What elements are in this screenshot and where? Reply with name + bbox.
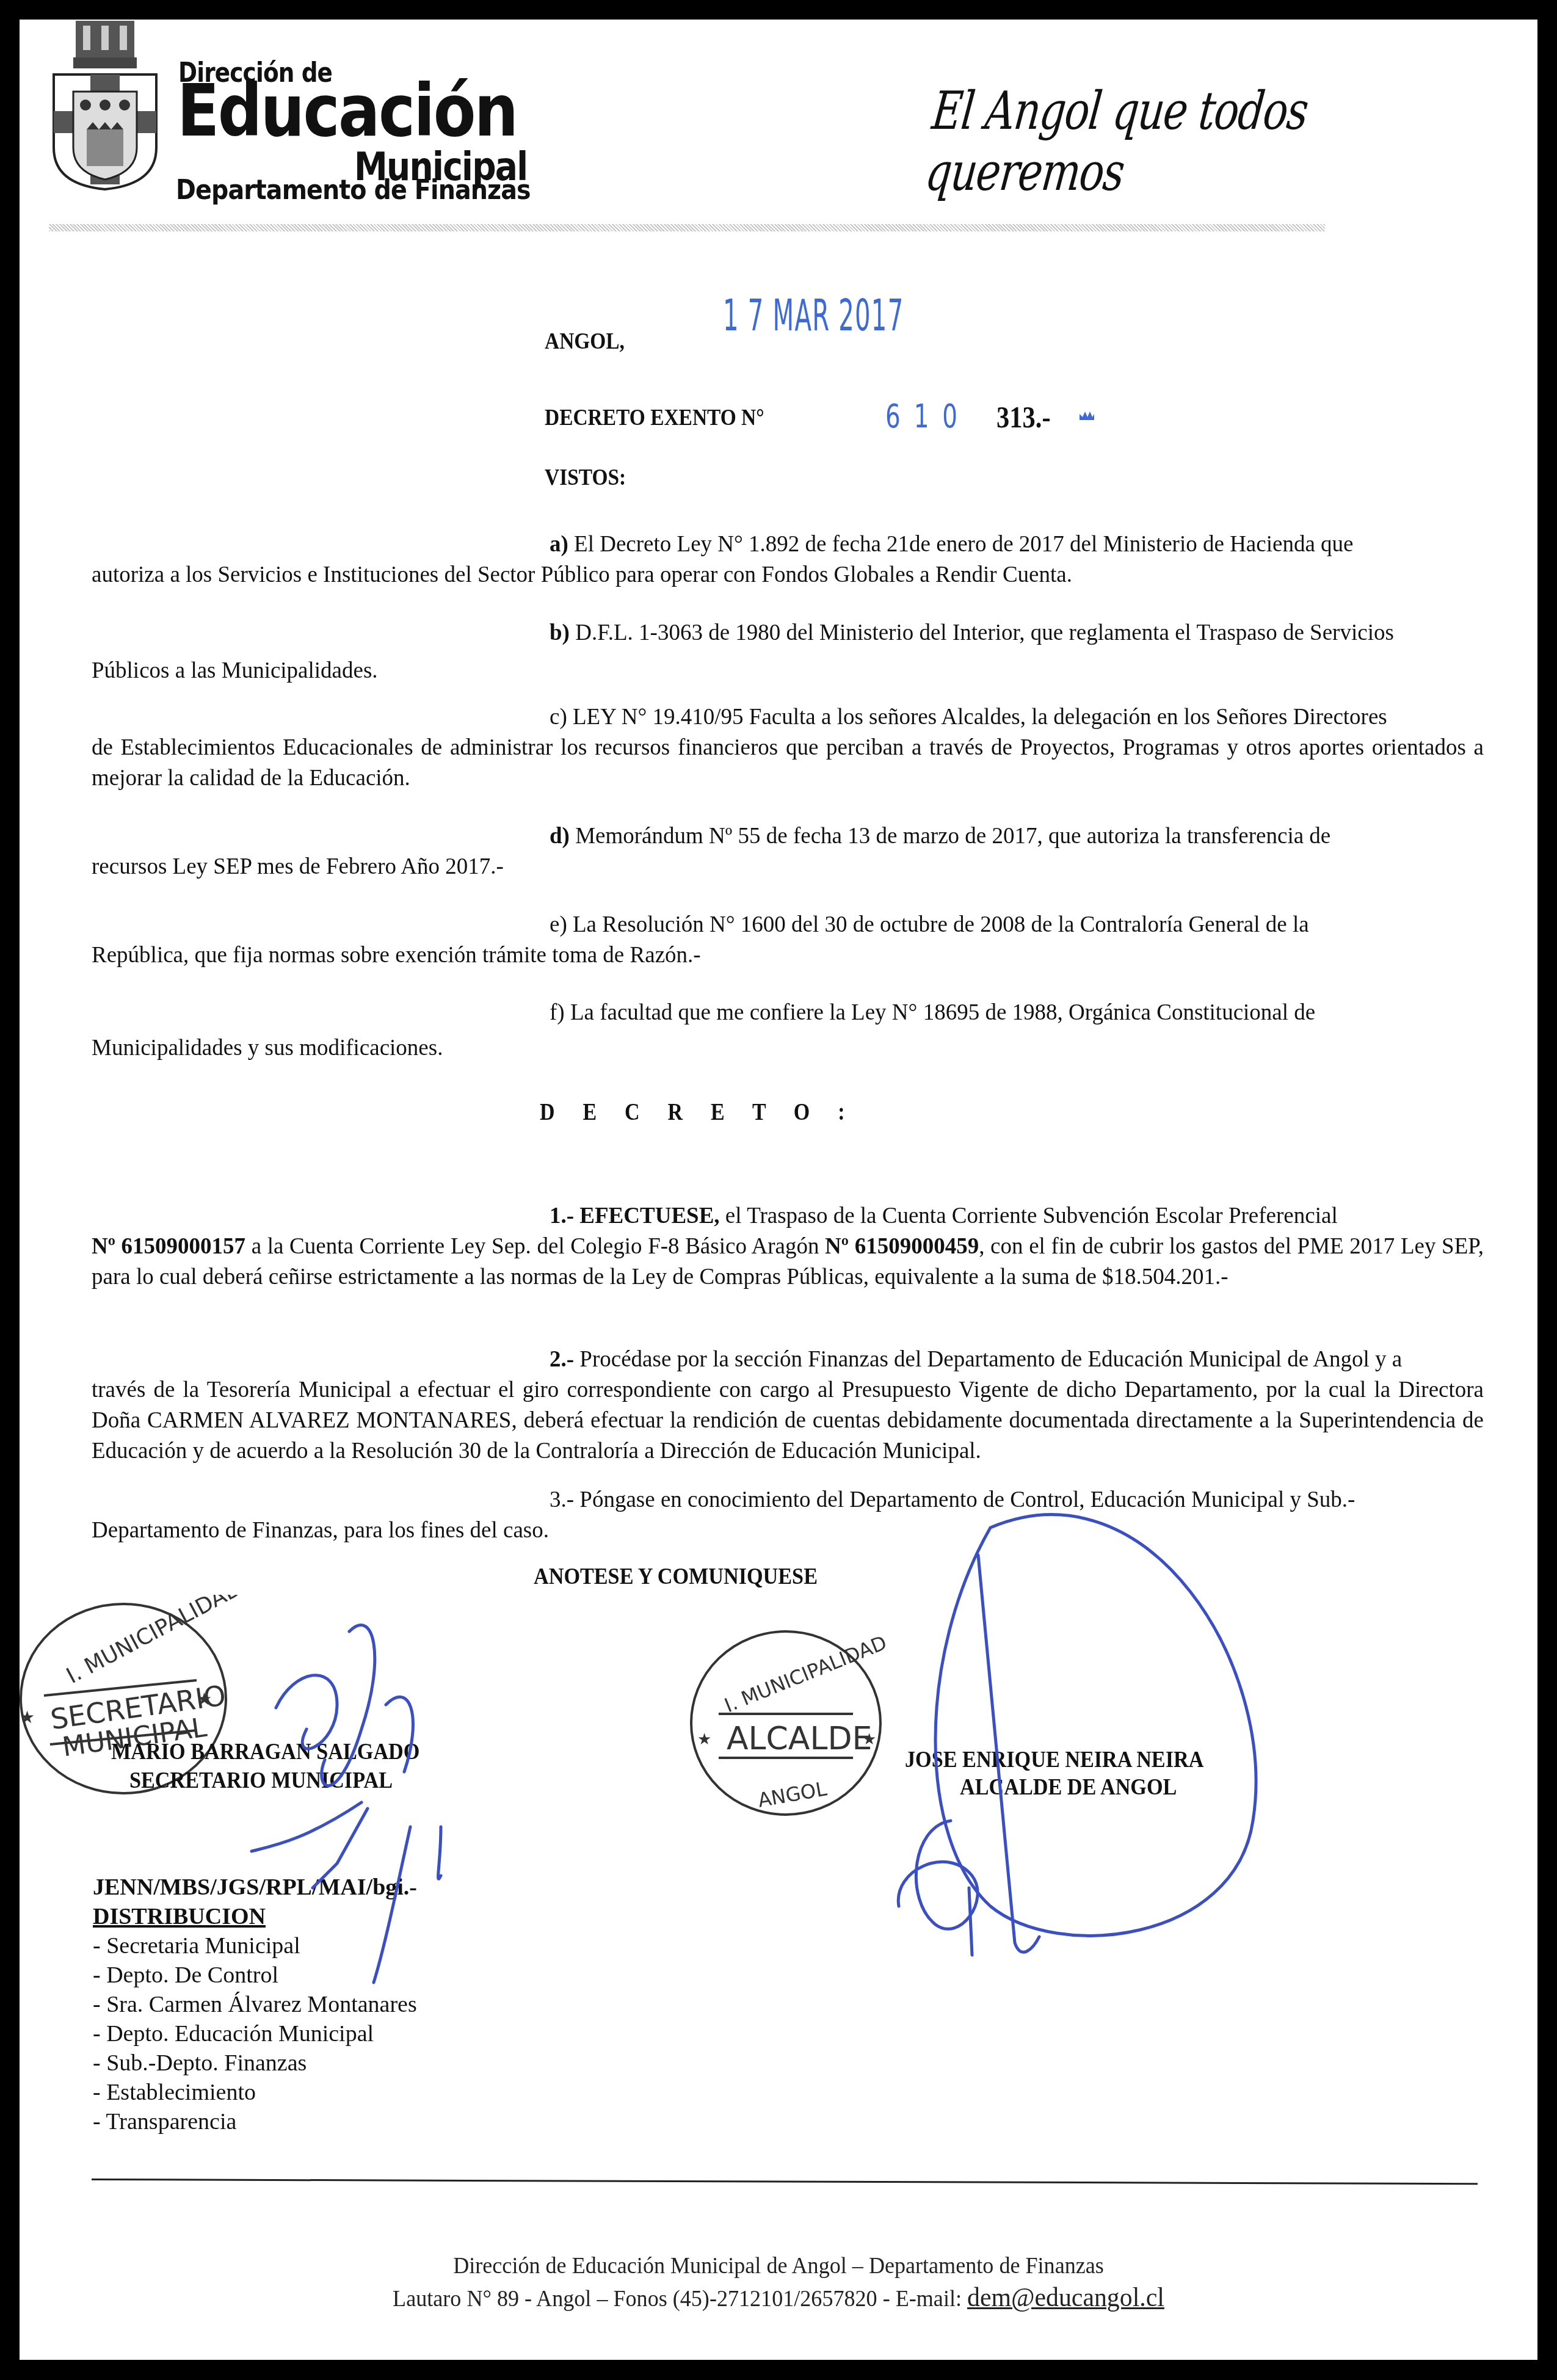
footer-address-line1: Dirección de Educación Municipal de Ango… (57, 2252, 1500, 2279)
document-page: Dirección de Educación Municipal Departa… (20, 20, 1537, 2360)
handwritten-signatures-icon (20, 20, 1537, 2360)
footer-email-link[interactable]: dem@educangol.cl (967, 2282, 1164, 2312)
footer-address-line2: Lautaro N° 89 - Angol – Fonos (45)-27121… (57, 2282, 1500, 2313)
